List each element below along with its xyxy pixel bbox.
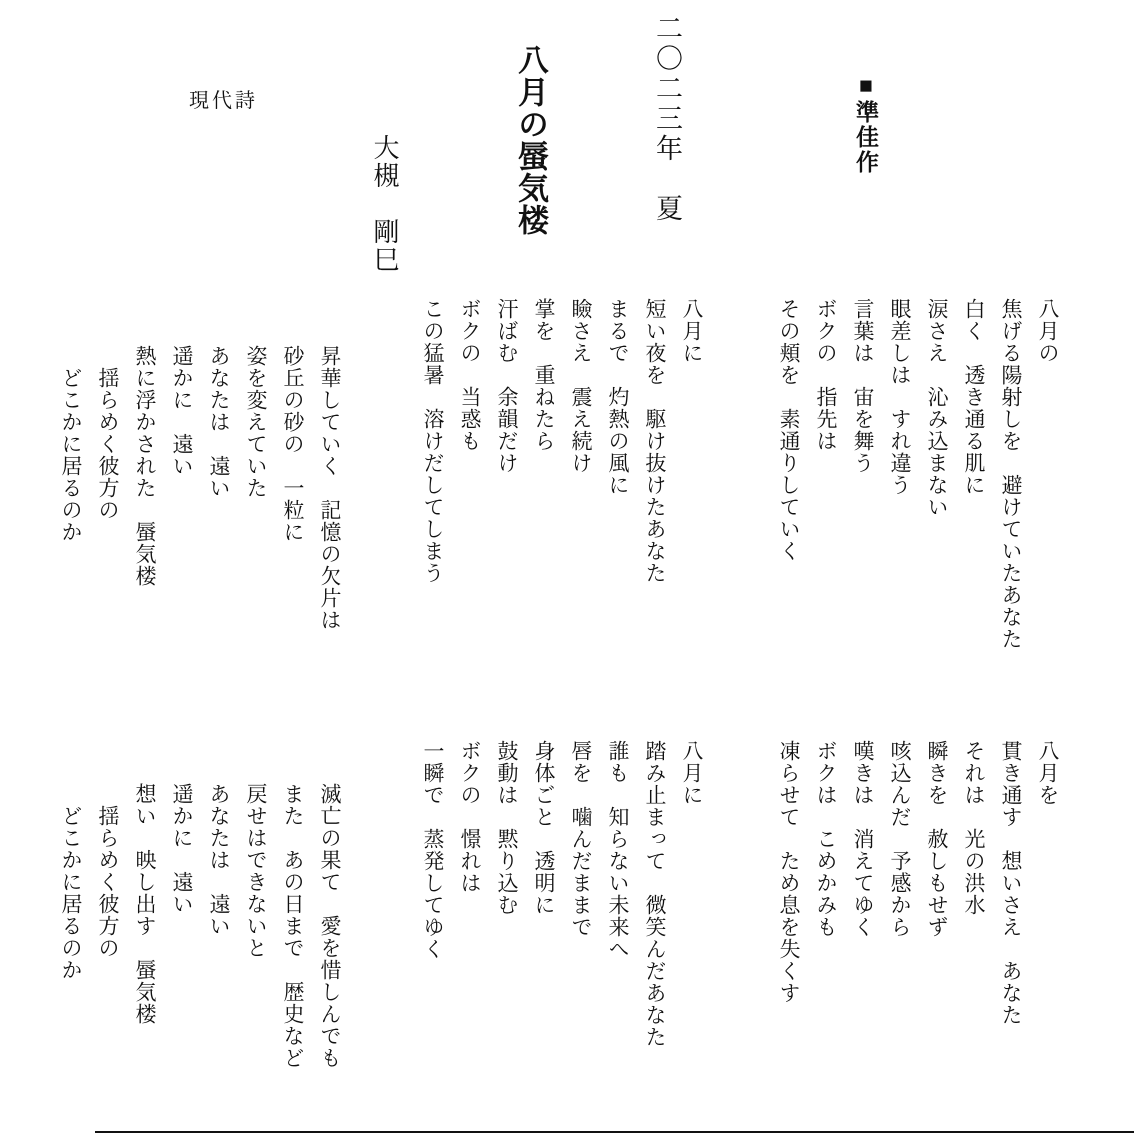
poem-line: 鼓動は 黙り込む (488, 740, 525, 1048)
poem-line: あなたは 遠い (200, 345, 237, 631)
poem-line: 短い夜を 駆け抜けたあなた (636, 298, 673, 584)
poem-line: 八月を (1029, 740, 1066, 1026)
poem-line: 遥かに 遠い (163, 345, 200, 631)
poem-line: どこかに居るのか (52, 345, 89, 631)
poem-line: その頬を 素通りしていく (770, 298, 807, 650)
poem-line: ボクの 憬れは (451, 740, 488, 1048)
poem-line: 瞬きを 赦しもせず (918, 740, 955, 1026)
poem-line: 砂丘の砂の 一粒に (274, 345, 311, 631)
poem-line: 瞼さえ 震え続け (562, 298, 599, 584)
poem-line: 想い 映し出す 蜃気楼 (126, 783, 163, 1069)
poem-line: 誰も 知らない未来へ (599, 740, 636, 1048)
poem-line: ボクは こめかみも (807, 740, 844, 1026)
date-label: 二〇二三年 夏 (648, 14, 687, 224)
poem-line: まるで 灼熱の風に (599, 298, 636, 584)
poem-line: 八月に (673, 298, 710, 584)
poem-line: 咳込んだ 予感から (881, 740, 918, 1026)
stanza-3: 昇華していく 記憶の欠片は砂丘の砂の 一粒に姿を変えていたあなたは 遠い遥かに … (52, 345, 348, 631)
poem-line: ボクの 指先は (807, 298, 844, 650)
scanned-poetry-page: 現代詩 ■準佳作 二〇二三年 夏 八月の蜃気楼 大槻 剛巳 八月の焦げる陽射しを… (0, 0, 1134, 1134)
poem-line: 揺らめく彼方の (89, 783, 126, 1069)
poem-line: 言葉は 宙を舞う (844, 298, 881, 650)
poem-line: 昇華していく 記憶の欠片は (311, 345, 348, 631)
poem-line: あなたは 遠い (200, 783, 237, 1069)
page-bottom-rule (95, 1131, 1134, 1133)
poem-line: 白く 透き通る肌に (955, 298, 992, 650)
poem-line: 眼差しは すれ違う (881, 298, 918, 650)
poem-line: 嘆きは 消えてゆく (844, 740, 881, 1026)
poem-line: 姿を変えていた (237, 345, 274, 631)
poem-line: 汗ばむ 余韻だけ (488, 298, 525, 584)
stanza-5: 八月に踏み止まって 微笑んだあなた誰も 知らない未来へ唇を 噛んだままで身体ごと… (414, 740, 710, 1048)
poem-title: 八月の蜃気楼 (508, 44, 553, 236)
poem-line: 踏み止まって 微笑んだあなた (636, 740, 673, 1048)
poem-line: どこかに居るのか (52, 783, 89, 1069)
stanza-6: 滅亡の果て 愛を惜しんでもまた あの日まで 歴史など戻せはできないとあなたは 遠… (52, 783, 348, 1069)
poem-line: 一瞬で 蒸発してゆく (414, 740, 451, 1048)
author-name: 大槻 剛巳 (366, 134, 403, 274)
poem-line: 身体ごと 透明に (525, 740, 562, 1048)
category-label: 現代詩 (189, 84, 258, 113)
poem-line: 唇を 噛んだままで (562, 740, 599, 1048)
poem-line: 焦げる陽射しを 避けていたあなた (992, 298, 1029, 650)
poem-line: 涙さえ 沁み込まない (918, 298, 955, 650)
poem-line: ボクの 当惑も (451, 298, 488, 584)
poem-line: 貫き通す 想いさえ あなた (992, 740, 1029, 1026)
poem-line: 凍らせて ため息を失くす (770, 740, 807, 1026)
poem-line: 遥かに 遠い (163, 783, 200, 1069)
prize-badge: ■準佳作 (850, 72, 883, 175)
poem-line: 戻せはできないと (237, 783, 274, 1069)
stanza-1: 八月の焦げる陽射しを 避けていたあなた白く 透き通る肌に涙さえ 沁み込まない眼差… (770, 298, 1066, 650)
poem-line: 熱に浮かされた 蜃気楼 (126, 345, 163, 631)
poem-line: それは 光の洪水 (955, 740, 992, 1026)
poem-line: この猛暑 溶けだしてしまう (414, 298, 451, 584)
stanza-2: 八月に短い夜を 駆け抜けたあなたまるで 灼熱の風に瞼さえ 震え続け掌を 重ねたら… (414, 298, 710, 584)
poem-line: 八月に (673, 740, 710, 1048)
poem-line: 掌を 重ねたら (525, 298, 562, 584)
poem-line: 八月の (1029, 298, 1066, 650)
poem-line: 滅亡の果て 愛を惜しんでも (311, 783, 348, 1069)
stanza-4: 八月を貫き通す 想いさえ あなたそれは 光の洪水瞬きを 赦しもせず咳込んだ 予感… (770, 740, 1066, 1026)
poem-line: 揺らめく彼方の (89, 345, 126, 631)
poem-line: また あの日まで 歴史など (274, 783, 311, 1069)
